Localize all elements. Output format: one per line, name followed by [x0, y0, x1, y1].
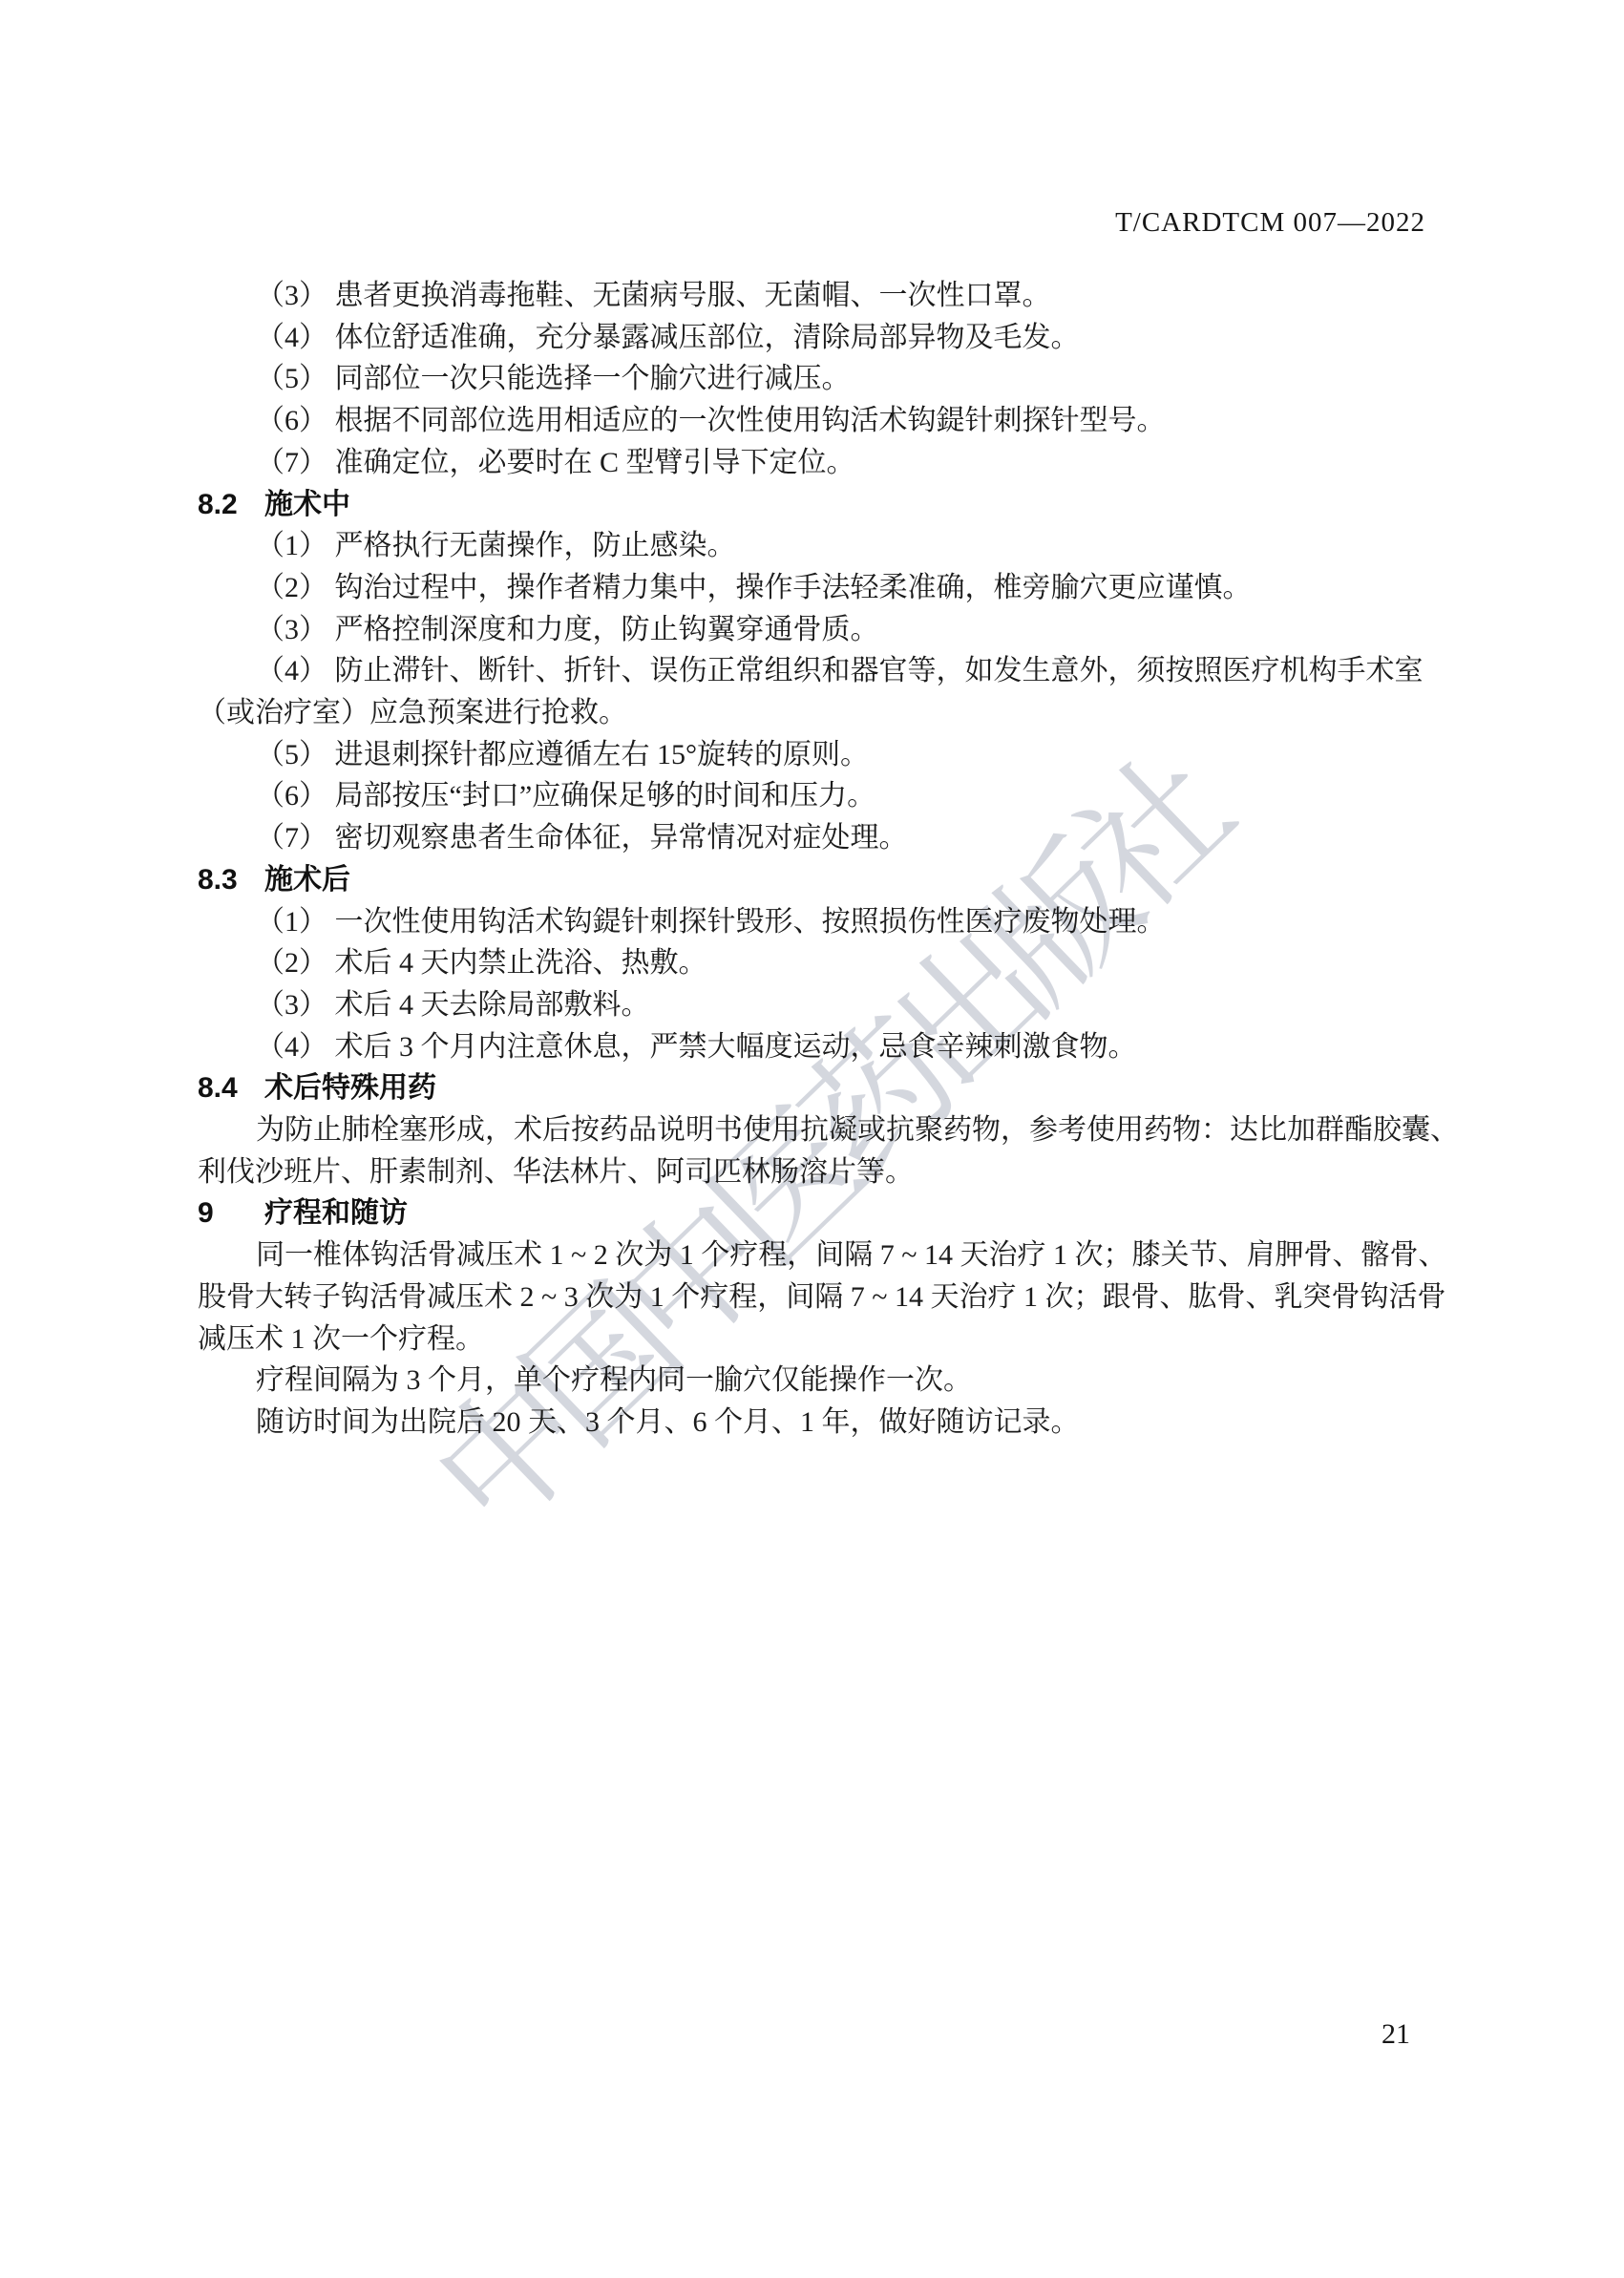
text-line: 同一椎体钩活骨减压术 1 ~ 2 次为 1 个疗程，间隔 7 ~ 14 天治疗 … [198, 1234, 1431, 1276]
text-line: （7） 密切观察患者生命体征，异常情况对症处理。 [198, 817, 1431, 859]
section-number: 8.2 [198, 484, 264, 526]
section-title: 术后特殊用药 [264, 1072, 436, 1104]
section-number: 8.3 [198, 859, 264, 901]
text-line: （2） 术后 4 天内禁止洗浴、热敷。 [198, 942, 1431, 984]
section-number: 9 [198, 1192, 264, 1234]
section-heading: 8.4术后特殊用药 [198, 1067, 1431, 1109]
text-line: （4） 术后 3 个月内注意休息，严禁大幅度运动，忌食辛辣刺激食物。 [198, 1026, 1431, 1068]
text-line: 股骨大转子钩活骨减压术 2 ~ 3 次为 1 个疗程，间隔 7 ~ 14 天治疗… [198, 1276, 1431, 1318]
text-line: （2） 钩治过程中，操作者精力集中，操作手法轻柔准确，椎旁腧穴更应谨慎。 [198, 567, 1431, 609]
text-line: （4） 体位舒适准确，充分暴露减压部位，清除局部异物及毛发。 [198, 317, 1431, 359]
text-line: （4） 防止滞针、断针、折针、误伤正常组织和器官等，如发生意外，须按照医疗机构手… [198, 650, 1431, 692]
text-line: （6） 根据不同部位选用相适应的一次性使用钩活术钩鍉针刺探针型号。 [198, 400, 1431, 442]
section-heading: 9疗程和随访 [198, 1192, 1431, 1234]
text-line: （7） 准确定位，必要时在 C 型臂引导下定位。 [198, 442, 1431, 484]
text-line: 随访时间为出院后 20 天、3 个月、6 个月、1 年，做好随访记录。 [198, 1402, 1431, 1444]
text-line: （3） 术后 4 天去除局部敷料。 [198, 984, 1431, 1026]
text-line: （或治疗室）应急预案进行抢救。 [198, 692, 1431, 734]
header-doc-code: T/CARDTCM 007—2022 [1115, 207, 1425, 239]
text-line: （5） 同部位一次只能选择一个腧穴进行减压。 [198, 358, 1431, 400]
text-line: （3） 患者更换消毒拖鞋、无菌病号服、无菌帽、一次性口罩。 [198, 275, 1431, 317]
section-number: 8.4 [198, 1067, 264, 1109]
text-line: （1） 一次性使用钩活术钩鍉针刺探针毁形、按照损伤性医疗废物处理。 [198, 901, 1431, 943]
section-title: 疗程和随访 [264, 1197, 408, 1229]
text-line: 为防止肺栓塞形成，术后按药品说明书使用抗凝或抗聚药物，参考使用药物：达比加群酯胶… [198, 1109, 1431, 1151]
document-page: T/CARDTCM 007—2022 中国中医药出版社 （3） 患者更换消毒拖鞋… [0, 0, 1624, 2278]
text-line: （1） 严格执行无菌操作，防止感染。 [198, 525, 1431, 567]
text-line: （3） 严格控制深度和力度，防止钩翼穿通骨质。 [198, 609, 1431, 651]
text-line: 利伐沙班片、肝素制剂、华法林片、阿司匹林肠溶片等。 [198, 1151, 1431, 1193]
text-line: 疗程间隔为 3 个月，单个疗程内同一腧穴仅能操作一次。 [198, 1360, 1431, 1402]
section-heading: 8.3施术后 [198, 859, 1431, 901]
text-line: （6） 局部按压“封口”应确保足够的时间和压力。 [198, 775, 1431, 817]
page-number: 21 [1381, 2018, 1410, 2051]
text-line: （5） 进退刺探针都应遵循左右 15°旋转的原则。 [198, 734, 1431, 776]
section-heading: 8.2施术中 [198, 484, 1431, 526]
section-title: 施术后 [264, 864, 350, 896]
text-line: 减压术 1 次一个疗程。 [198, 1318, 1431, 1360]
section-title: 施术中 [264, 489, 350, 520]
document-content: （3） 患者更换消毒拖鞋、无菌病号服、无菌帽、一次性口罩。（4） 体位舒适准确，… [198, 275, 1431, 1444]
